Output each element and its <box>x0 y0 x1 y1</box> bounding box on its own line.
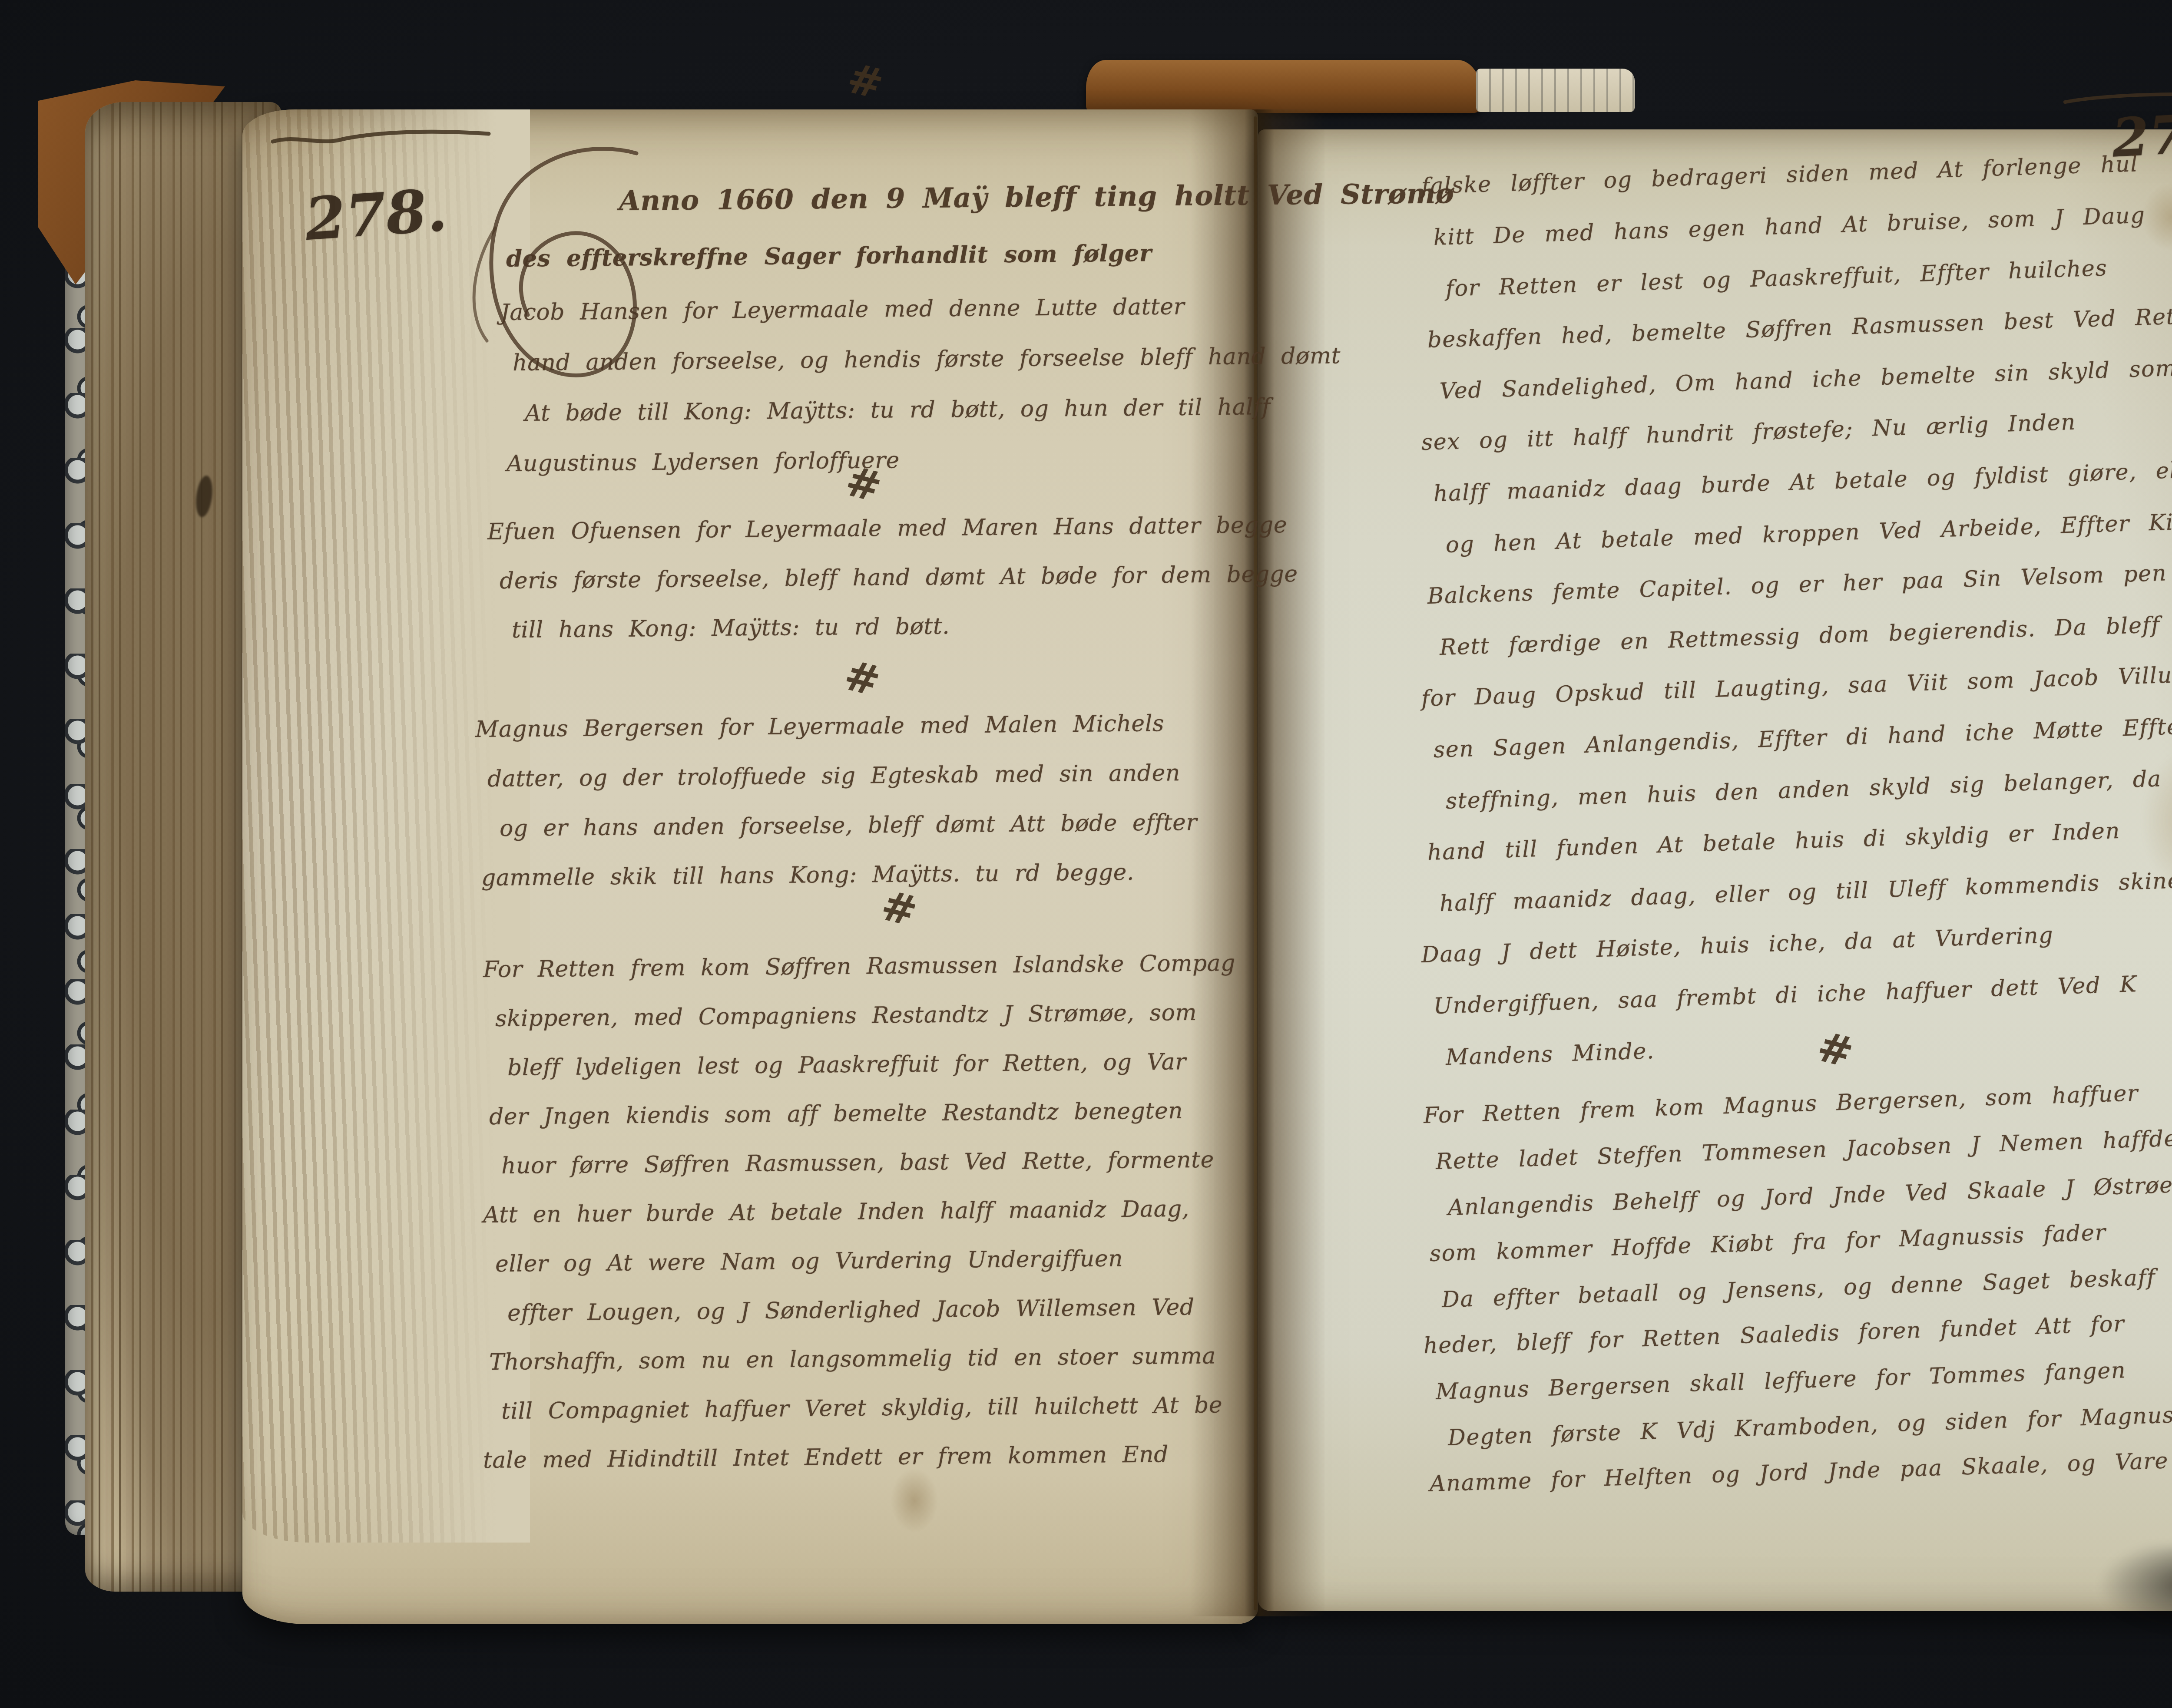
spine-headcap-leather <box>1086 60 1481 113</box>
gutter-crease <box>1254 116 1257 1610</box>
page-stain <box>2142 747 2172 895</box>
page-stain <box>891 1468 938 1533</box>
photo-background: # 278. Anno 1660 den 9 Maÿ bleff ting ho… <box>0 0 2172 1708</box>
spine-vellum-band <box>1476 69 1635 112</box>
left-page-edge-streaks-fade <box>304 109 530 1543</box>
page-corner-shadow <box>2098 1546 2172 1633</box>
section-mark: # <box>843 53 888 109</box>
page-stain <box>2142 182 2172 252</box>
pen-flourish <box>2063 85 2172 111</box>
right-page <box>1258 129 2172 1611</box>
